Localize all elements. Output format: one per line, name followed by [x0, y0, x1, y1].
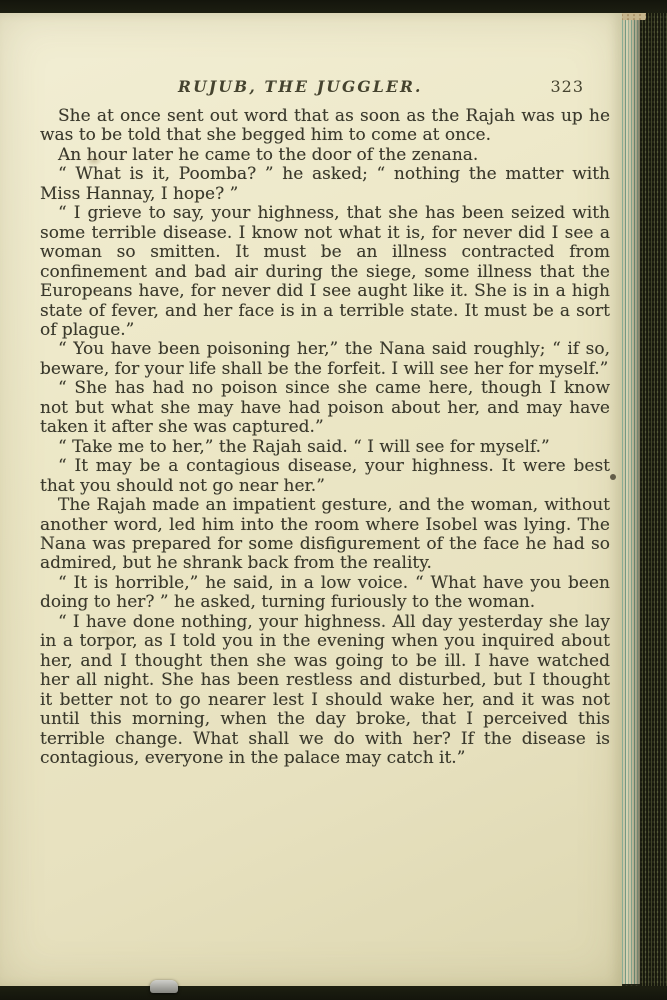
- scan-stain: [100, 625, 126, 639]
- paragraph: “ It is horrible,” he said, in a low voi…: [40, 574, 610, 613]
- running-title: RUJUB, THE JUGGLER.: [178, 77, 423, 96]
- paragraph: “ I have done nothing, your highness. Al…: [40, 613, 610, 769]
- cover-spine-band: [640, 0, 667, 1000]
- paragraph: “ It may be a contagious disease, your h…: [40, 457, 610, 496]
- paragraph: An hour later he came to the door of the…: [40, 146, 610, 165]
- running-head: RUJUB, THE JUGGLER. 323: [0, 77, 622, 101]
- paragraph: “ I grieve to say, your highness, that s…: [40, 204, 610, 340]
- photo-bottom-shadow: [0, 986, 667, 1000]
- ink-speck: [610, 474, 616, 480]
- body-text: She at once sent out word that as soon a…: [40, 107, 610, 768]
- page-number: 323: [550, 77, 584, 96]
- paragraph: The Rajah made an impatient gesture, and…: [40, 496, 610, 574]
- book-page: RUJUB, THE JUGGLER. 323 She at once sent…: [0, 13, 622, 986]
- paragraph: “ Take me to her,” the Rajah said. “ I w…: [40, 438, 610, 457]
- paragraph: “ You have been poisoning her,” the Nana…: [40, 340, 610, 379]
- paragraph: She at once sent out word that as soon a…: [40, 107, 610, 146]
- metal-clip: [150, 980, 178, 993]
- paragraph: “ She has had no poison since she came h…: [40, 379, 610, 437]
- scan-smudge: [86, 155, 102, 166]
- photo-top-shadow: [0, 0, 667, 13]
- paragraph: “ What is it, Poomba? ” he asked; “ noth…: [40, 165, 610, 204]
